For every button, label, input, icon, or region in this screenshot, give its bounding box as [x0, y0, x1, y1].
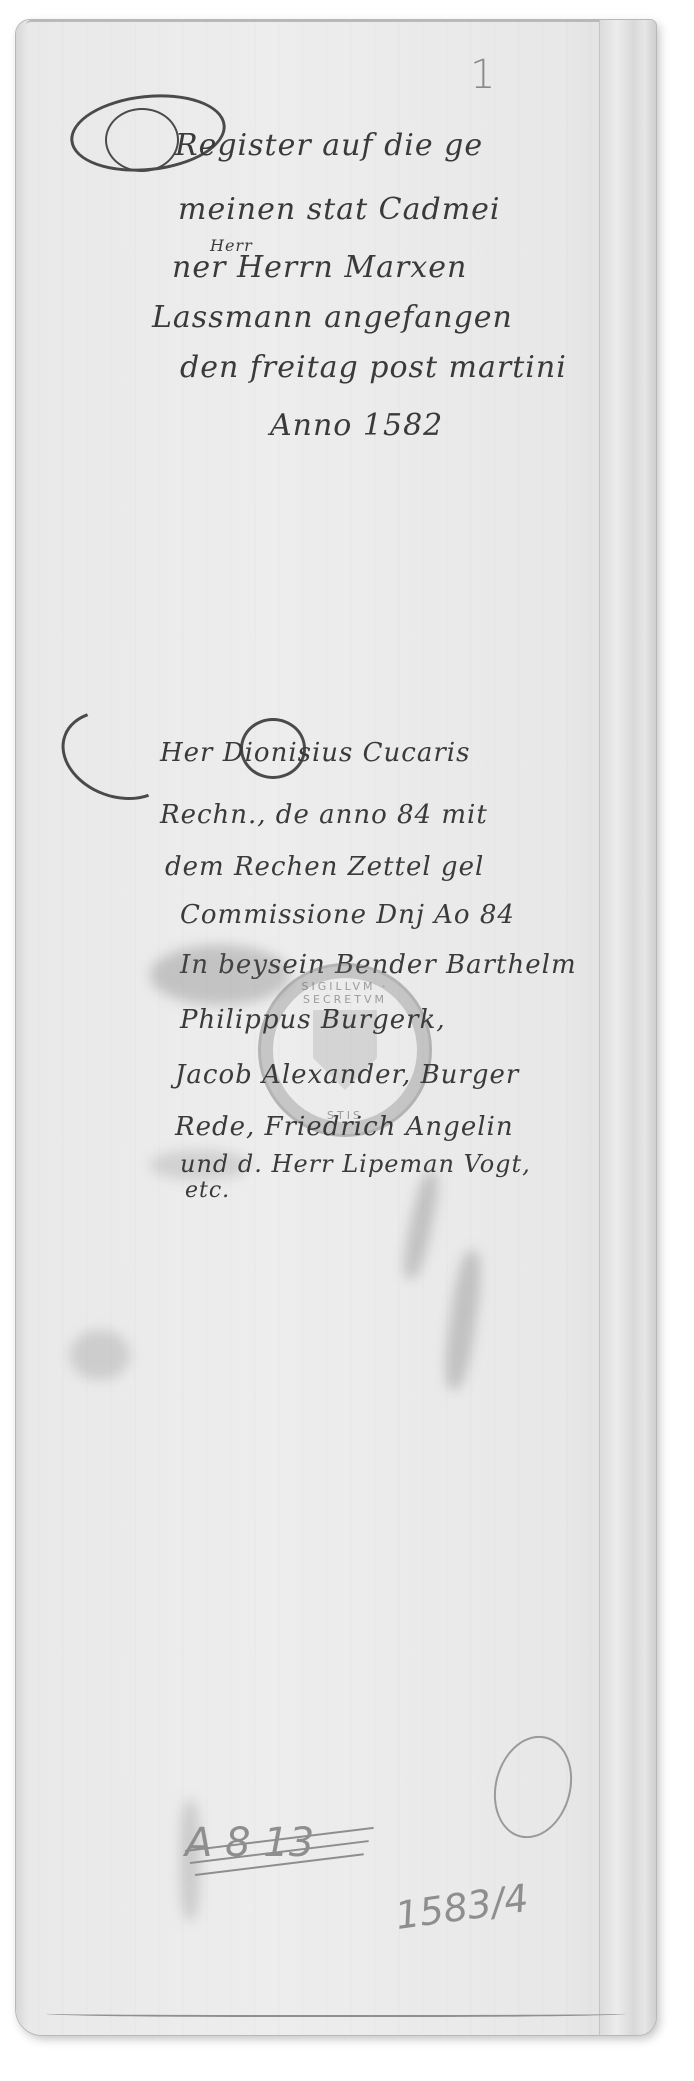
entry-line-4: Commissione Dnj Ao 84 — [180, 900, 515, 930]
title-line-1: Register auf die ge — [175, 128, 483, 163]
torn-bottom-edge — [46, 2009, 626, 2017]
entry-line-8: Rede, Friedrich Angelin — [175, 1112, 514, 1142]
smudge-left — [70, 1330, 130, 1380]
entry-line-3: dem Rechen Zettel gel — [165, 852, 484, 882]
entry-line-9: und d. Herr Lipeman Vogt, — [180, 1150, 531, 1178]
entry-line-1: Her Dionisius Cucaris — [160, 738, 470, 768]
seal-top-text: SIGILLVM · SECRETVM — [261, 980, 429, 1006]
entry-line-10: etc. — [185, 1178, 230, 1203]
initial-flourish-loop-icon — [105, 108, 179, 172]
entry-line-7: Jacob Alexander, Burger — [175, 1060, 519, 1090]
torn-top-edge — [26, 20, 646, 30]
title-line-6-year: Anno 1582 — [270, 408, 443, 443]
entry-line-6: Philippus Burgerk, — [180, 1005, 446, 1035]
title-line-5: den freitag post martini — [180, 350, 567, 385]
entry-line-2: Rechn., de anno 84 mit — [160, 800, 488, 830]
folio-number: 1 — [470, 52, 495, 98]
archive-seal-stamp: SIGILLVM · SECRETVM STIS — [258, 963, 432, 1137]
title-line-4: Lassmann angefangen — [152, 300, 513, 335]
title-line-3: ner Herrn Marxen — [172, 250, 467, 285]
binding-fold — [599, 20, 656, 2035]
title-line-2: meinen stat Cadmei — [178, 192, 501, 227]
